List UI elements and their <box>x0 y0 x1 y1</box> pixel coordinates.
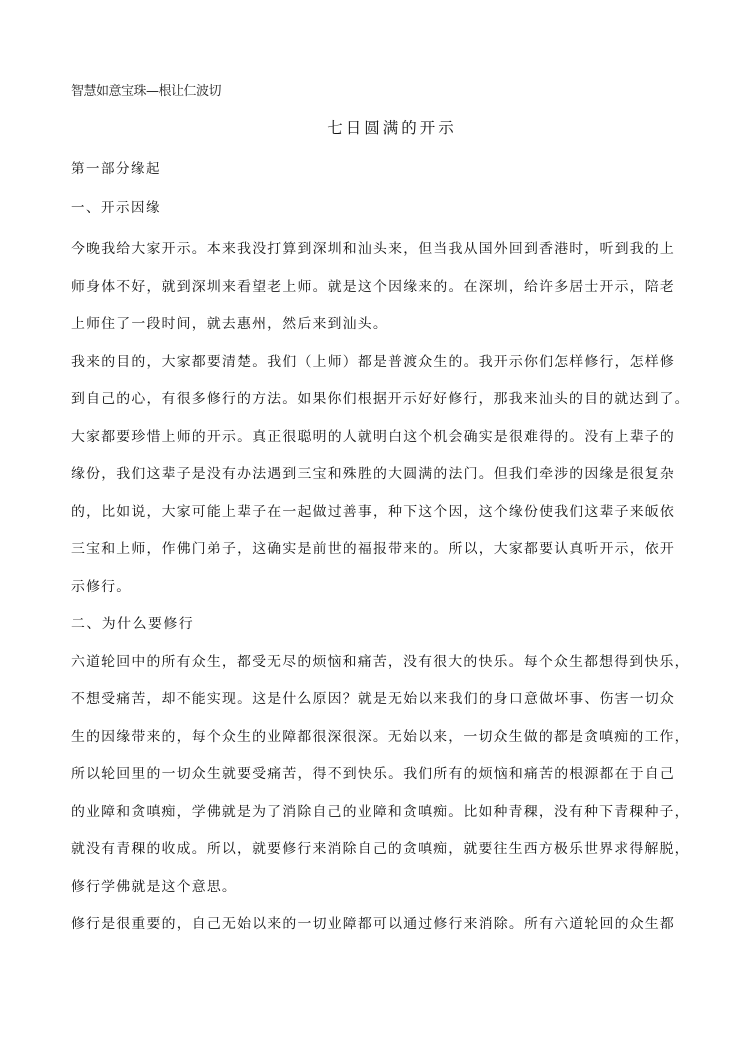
section-heading-2: 二、为什么要修行 <box>71 606 675 644</box>
text-line: 六道轮回中的所有众生，都受无尽的烦恼和痛苦，没有很大的快乐。每个众生都想得到快乐… <box>71 644 675 682</box>
text-line: 上师住了一段时间，就去惠州，然后来到汕头。 <box>71 306 675 344</box>
paragraph: 我来的目的，大家都要清楚。我们（上师）都是普渡众生的。我开示你们怎样修行，怎样修… <box>71 344 675 607</box>
section-heading-2-row: 二、为什么要修行 <box>71 606 675 644</box>
text-line: 就没有青稞的收成。所以，就要修行来消除自己的贪嗔痴，就要往生西方极乐世界求得解脱… <box>71 831 675 869</box>
text-line: 缘份，我们这辈子是没有办法遇到三宝和殊胜的大圆满的法门。但我们牵涉的因缘是很复杂 <box>71 456 675 494</box>
text-line: 修行学佛就是这个意思。 <box>71 869 675 907</box>
document-header: 智慧如意宝珠—根让仁波切 <box>71 80 221 99</box>
document-page: 智慧如意宝珠—根让仁波切 七日圆满的开示 第一部分缘起 一、开示因缘 今晚我给大… <box>0 0 744 1052</box>
text-line: 修行是很重要的，自己无始以来的一切业障都可以通过修行来消除。所有六道轮回的众生都 <box>71 906 675 944</box>
text-line: 到自己的心，有很多修行的方法。如果你们根据开示好好修行，那我来汕头的目的就达到了… <box>71 381 675 419</box>
paragraph: 修行是很重要的，自己无始以来的一切业障都可以通过修行来消除。所有六道轮回的众生都 <box>71 906 675 944</box>
body-text: 今晚我给大家开示。本来我没打算到深圳和汕头来，但当我从国外回到香港时，听到我的上… <box>71 231 675 944</box>
paragraph: 六道轮回中的所有众生，都受无尽的烦恼和痛苦，没有很大的快乐。每个众生都想得到快乐… <box>71 644 675 907</box>
text-line: 的业障和贪嗔痴，学佛就是为了消除自己的业障和贪嗔痴。比如种青稞，没有种下青稞种子… <box>71 794 675 832</box>
section-heading-1: 一、开示因缘 <box>71 196 161 216</box>
text-line: 今晚我给大家开示。本来我没打算到深圳和汕头来，但当我从国外回到香港时，听到我的上 <box>71 231 675 269</box>
text-line: 所以轮回里的一切众生就要受痛苦，得不到快乐。我们所有的烦恼和痛苦的根源都在于自己 <box>71 756 675 794</box>
text-line: 师身体不好，就到深圳来看望老上师。就是这个因缘来的。在深圳，给许多居士开示，陪老 <box>71 269 675 307</box>
text-line: 我来的目的，大家都要清楚。我们（上师）都是普渡众生的。我开示你们怎样修行，怎样修 <box>71 344 675 382</box>
document-title: 七日圆满的开示 <box>0 116 744 138</box>
paragraph: 今晚我给大家开示。本来我没打算到深圳和汕头来，但当我从国外回到香港时，听到我的上… <box>71 231 675 344</box>
text-line: 三宝和上师，作佛门弟子，这确实是前世的福报带来的。所以，大家都要认真听开示，依开 <box>71 531 675 569</box>
text-line: 示修行。 <box>71 569 675 607</box>
text-line: 的，比如说，大家可能上辈子在一起做过善事，种下这个因，这个缘份使我们这辈子来皈依 <box>71 494 675 532</box>
text-line: 大家都要珍惜上师的开示。真正很聪明的人就明白这个机会确实是很难得的。没有上辈子的 <box>71 419 675 457</box>
text-line: 生的因缘带来的，每个众生的业障都很深很深。无始以来，一切众生做的都是贪嗔痴的工作… <box>71 719 675 757</box>
text-line: 不想受痛苦，却不能实现。这是什么原因？就是无始以来我们的身口意做坏事、伤害一切众 <box>71 681 675 719</box>
part-heading: 第一部分缘起 <box>71 157 161 177</box>
